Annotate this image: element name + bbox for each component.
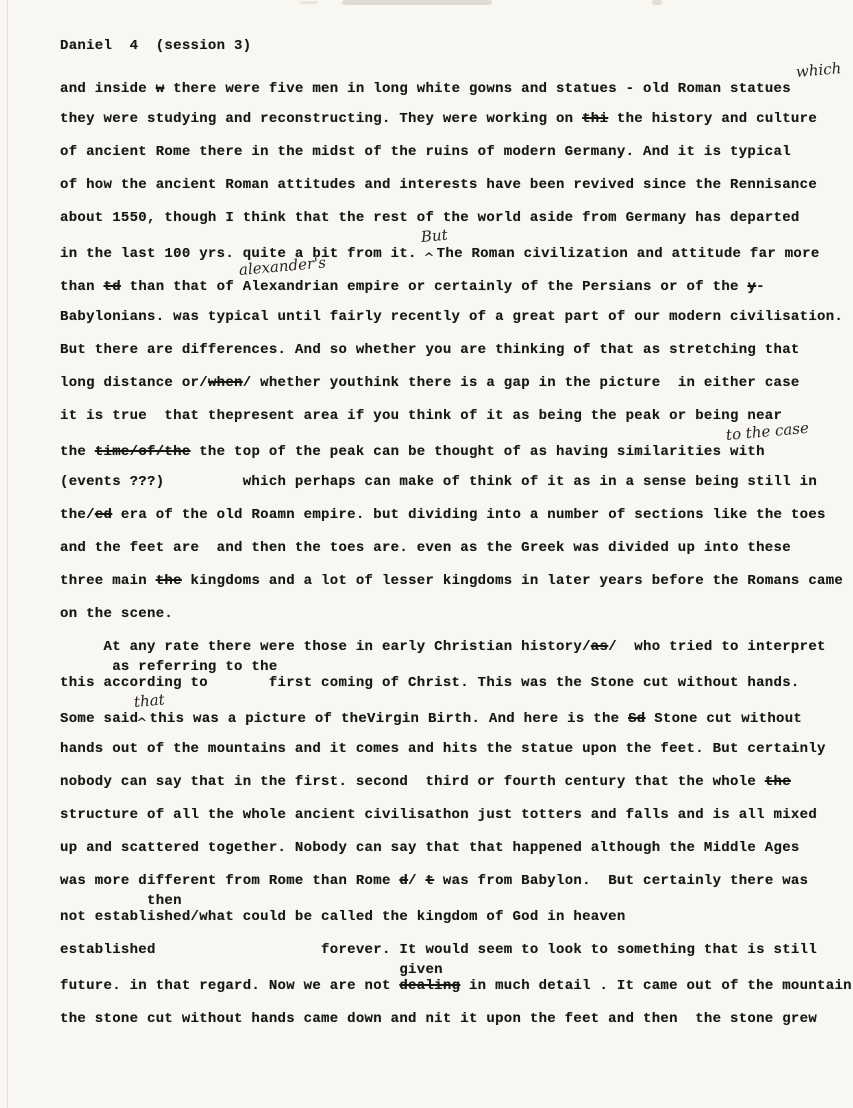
struckout-text: Sd [628, 711, 645, 727]
typed-text: and inside [60, 81, 156, 97]
struckout-text: dealing [399, 978, 460, 994]
typed-line: this according to first coming of Christ… [60, 675, 840, 708]
typed-line: was more different from Rome than Rome d… [60, 873, 840, 893]
scan-edge-line [7, 0, 8, 1108]
typed-text: At any rate there were those in early Ch… [60, 639, 591, 655]
struckout-text: as [591, 639, 608, 655]
typed-text: this was a picture of theVirgin Birth. A… [150, 711, 629, 727]
typed-text: with [730, 444, 765, 460]
struckout-text: d [399, 873, 408, 889]
typed-text: there were five men in long white gowns … [164, 81, 799, 97]
handwritten-annotation: to the case [725, 426, 727, 444]
typed-text: future. in that regard. Now we are not [60, 978, 399, 994]
typed-line: the stone cut without hands came down an… [60, 1011, 840, 1044]
typed-text: But there are differences. And so whethe… [60, 342, 800, 358]
typed-line: they were studying and reconstructing. T… [60, 111, 840, 144]
struckout-text: w [156, 81, 165, 97]
struckout-text: the [156, 573, 182, 589]
typed-line: (events ???) which perhaps can make of t… [60, 474, 840, 507]
typed-text: long distance or/ [60, 375, 208, 391]
typed-text: nobody can say that in the first. second… [60, 774, 765, 790]
typed-line: on the scene. [60, 606, 840, 639]
typed-text: of how the ancient Roman attitudes and i… [60, 177, 817, 193]
typed-text: the/ [60, 507, 95, 523]
typed-line: established forever. It would seem to lo… [60, 942, 840, 962]
struckout-text: y [747, 279, 756, 295]
handwritten-annotation: that [134, 693, 136, 711]
caret-mark: ^ [423, 251, 434, 266]
typed-text: / [408, 873, 425, 889]
typed-text: structure of all the whole ancient civil… [60, 807, 817, 823]
typed-text: not established/what could be called the… [60, 909, 626, 925]
typed-text: / who tried to interpret [608, 639, 826, 655]
struckout-text: td [104, 279, 121, 295]
typed-text: than [60, 279, 104, 295]
typed-text: - [756, 279, 765, 295]
scanner-smudge [300, 1, 318, 4]
typed-text: it is true that thepresent area if you t… [60, 408, 782, 424]
document-text: and inside w there were five men in long… [60, 78, 840, 1044]
struckout-text: the [765, 774, 791, 790]
typed-text: and the feet are and then the toes are. … [60, 540, 791, 556]
typed-line: it is true that thepresent area if you t… [60, 408, 840, 441]
typed-text: three main [60, 573, 156, 589]
typed-text: in much detail . It came out of the moun… [460, 978, 852, 994]
scanner-smudge [652, 0, 662, 5]
typed-text: Stone cut without [646, 711, 803, 727]
typed-line: and the feet are and then the toes are. … [60, 540, 840, 573]
typed-line: nobody can say that in the first. second… [60, 774, 840, 807]
typed-line: long distance or/when/ whether youthink … [60, 375, 840, 408]
typed-text: Some said [60, 711, 138, 727]
typed-line: Babylonians. was typical until fairly re… [60, 309, 840, 342]
typed-line: and inside w there were five men in long… [60, 78, 840, 111]
typed-line: as referring to the [60, 659, 840, 675]
typed-line: of ancient Rome there in the midst of th… [60, 144, 840, 177]
typed-line: three main the kingdoms and a lot of les… [60, 573, 840, 606]
typed-text: the top of the peak can be thought of as… [191, 444, 730, 460]
typed-line: structure of all the whole ancient civil… [60, 807, 840, 840]
typed-line: in the last 100 yrs. quite a bit from it… [60, 243, 840, 276]
typed-text: Babylonians. was typical until fairly re… [60, 309, 843, 325]
typed-text: as referring to the [60, 659, 278, 675]
typed-line: At any rate there were those in early Ch… [60, 639, 840, 659]
typed-text: kingdoms and a lot of lesser kingdoms in… [182, 573, 843, 589]
struckout-text: time/of/the [95, 444, 191, 460]
typed-text: / whether youthink there is a gap in the… [243, 375, 800, 391]
scanner-smudge [342, 0, 492, 5]
typed-text: the stone cut without hands came down an… [60, 1011, 817, 1027]
typed-text: the [60, 444, 95, 460]
typed-line: hands out of the mountains and it comes … [60, 741, 840, 774]
document-title: Daniel 4 (session 3) [60, 38, 840, 78]
typed-text: established forever. It would seem to lo… [60, 942, 817, 958]
caret-mark: ^ [136, 716, 147, 731]
typed-line: Some saidthat^this was a picture of theV… [60, 708, 840, 741]
typed-text: era of the old Roamn empire. but dividin… [112, 507, 826, 523]
typed-text: hands out of the mountains and it comes … [60, 741, 826, 757]
typed-text: about 1550, though I think that the rest… [60, 210, 800, 226]
typed-text: given [60, 962, 443, 978]
struckout-text: when [208, 375, 243, 391]
typed-line: about 1550, though I think that the rest… [60, 210, 840, 243]
typed-text: was from Babylon. But certainly there wa… [434, 873, 808, 889]
typed-text: Alexandrian empire or certainly of the P… [243, 279, 748, 295]
typed-line: given [60, 962, 840, 978]
typed-page-body: Daniel 4 (session 3) and inside w there … [60, 38, 840, 1044]
typed-line: of how the ancient Roman attitudes and i… [60, 177, 840, 210]
typed-text: was more different from Rome than Rome [60, 873, 399, 889]
typed-line: than td than that of alexander'sAlexandr… [60, 276, 840, 309]
struckout-text: t [425, 873, 434, 889]
typed-line: the time/of/the the top of the peak can … [60, 441, 840, 474]
typed-text: on the scene. [60, 606, 173, 622]
handwritten-annotation: But [421, 228, 423, 246]
typed-text: the history and culture [608, 111, 817, 127]
typed-line: up and scattered together. Nobody can sa… [60, 840, 840, 873]
handwritten-annotation: which [795, 63, 797, 81]
typed-text: they were studying and reconstructing. T… [60, 111, 582, 127]
struckout-text: thi [582, 111, 608, 127]
handwritten-annotation: alexander's [238, 261, 240, 279]
typed-text: of ancient Rome there in the midst of th… [60, 144, 791, 160]
typed-text: then [60, 893, 182, 909]
typed-line: the/ed era of the old Roamn empire. but … [60, 507, 840, 540]
scanned-typewriter-page: { "paper": { "background": "#f9f7f2", "i… [0, 0, 853, 1108]
typed-line: not established/what could be called the… [60, 909, 840, 942]
typed-text: up and scattered together. Nobody can sa… [60, 840, 800, 856]
struckout-text: ed [95, 507, 112, 523]
typed-text: The Roman civilization and attitude far … [437, 246, 820, 262]
typed-line: then [60, 893, 840, 909]
typed-text: this according to first coming of Christ… [60, 675, 800, 691]
typed-text: than that of [121, 279, 243, 295]
typed-line: But there are differences. And so whethe… [60, 342, 840, 375]
typed-line: future. in that regard. Now we are not d… [60, 978, 840, 1011]
typed-text: (events ???) which perhaps can make of t… [60, 474, 817, 490]
